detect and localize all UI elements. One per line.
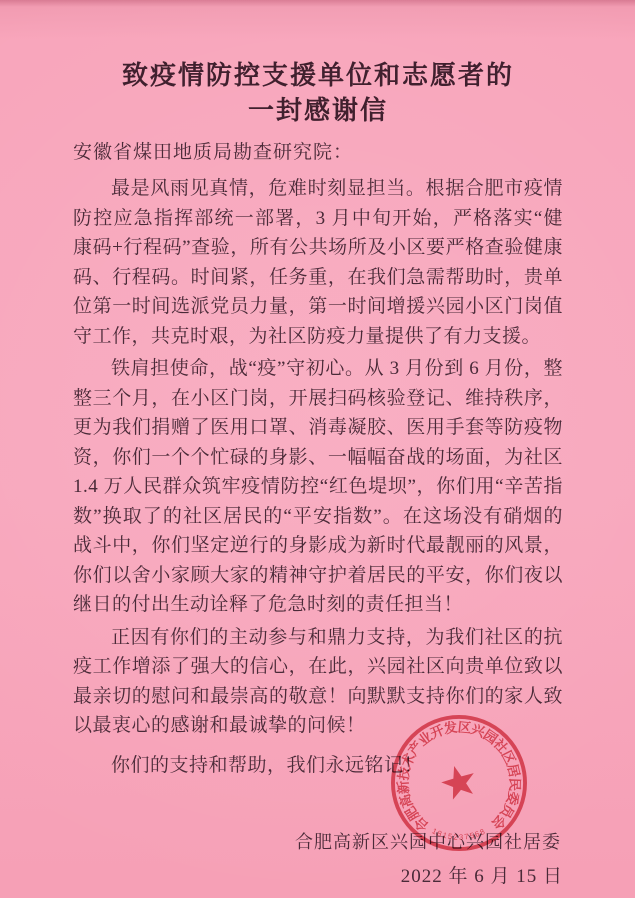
paragraph-2: 铁肩担使命，战“疫”守初心。从 3 月份到 6 月份，整整三个月，在小区门岗，开… [73, 354, 563, 620]
seal-serial-number: 1815237568 [430, 826, 487, 841]
letter-body: 最是风雨见真情，危难时刻显担当。根据合肥市疫情防控应急指挥部统一部署，3 月中旬… [73, 174, 563, 780]
salutation: 安徽省煤田地质局勘查研究院： [73, 141, 563, 165]
letter-title-line2: 一封感谢信 [73, 93, 563, 128]
official-seal: 合肥高新技术产业开发区兴园社区居民委员会 1815237568 [388, 712, 530, 854]
paragraph-1: 最是风雨见真情，危难时刻显担当。根据合肥市疫情防控应急指挥部统一部署，3 月中旬… [73, 174, 563, 351]
letter-page: 致疫情防控支援单位和志愿者的 一封感谢信 安徽省煤田地质局勘查研究院： 最是风雨… [0, 0, 635, 898]
letter-title-line1: 致疫情防控支援单位和志愿者的 [73, 58, 563, 93]
star-icon [438, 761, 479, 801]
date-line: 2022 年 6 月 15 日 [73, 861, 563, 888]
